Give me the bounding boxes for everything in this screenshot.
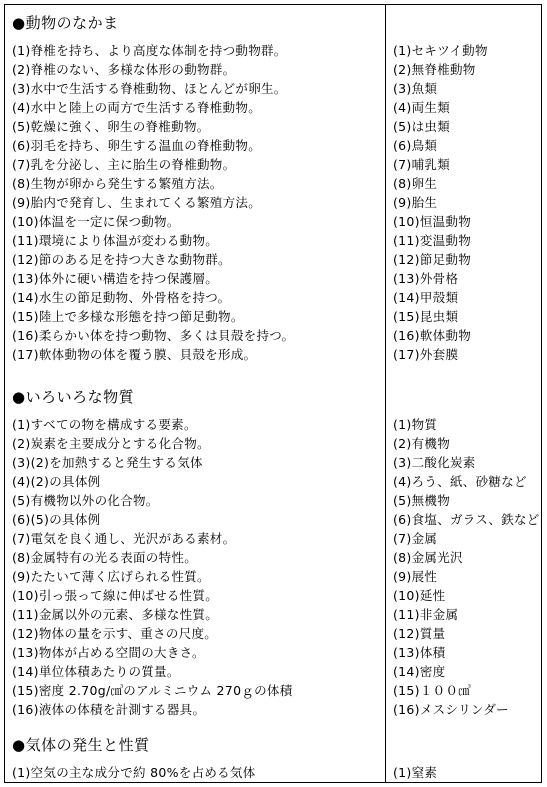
answer-cell: (12)節足動物 xyxy=(385,250,541,269)
answer-cell: (17)外套膜 xyxy=(385,345,541,364)
answer-cell: (13)体積 xyxy=(385,643,541,662)
question-cell: (16)柔らかい体を持つ動物、多くは貝殻を持つ。 xyxy=(5,326,385,345)
question-cell: (10)引っ張って線に伸ばせる性質。 xyxy=(5,586,385,605)
question-cell: (11)環境により体温が変わる動物。 xyxy=(5,231,385,250)
question-cell: (15)密度 2.70g/㎤のアルミニウム 270ｇの体積 xyxy=(5,681,385,700)
question-cell: (7)電気を良く通し、光沢がある素材。 xyxy=(5,529,385,548)
question-cell: (11)金属以外の元素、多様な性質。 xyxy=(5,605,385,624)
question-cell: (3)(2)を加熱すると発生する気体 xyxy=(5,453,385,472)
answer-cell: (8)卵生 xyxy=(385,174,541,193)
qa-row: (13)物体が占める空間の大きさ。(13)体積 xyxy=(5,643,541,662)
question-cell: (9)胎内で発育し、生まれてくる繁殖方法。 xyxy=(5,193,385,212)
qa-row: (12)節のある足を持つ大きな動物群。(12)節足動物 xyxy=(5,250,541,269)
qa-row: (11)金属以外の元素、多様な性質。(11)非金属 xyxy=(5,605,541,624)
qa-row: (9)たたいて薄く広げられる性質。(9)展性 xyxy=(5,567,541,586)
answer-cell: (15)昆虫類 xyxy=(385,307,541,326)
question-cell: (13)体外に硬い構造を持つ保護層。 xyxy=(5,269,385,288)
answer-cell: (8)金属光沢 xyxy=(385,548,541,567)
answer-cell: (14)密度 xyxy=(385,662,541,681)
section-heading: ●気体の発生と性質 xyxy=(5,735,541,755)
answer-cell: (4)両生類 xyxy=(385,98,541,117)
question-cell: (15)陸上で多様な形態を持つ節足動物。 xyxy=(5,307,385,326)
answer-cell: (3)二酸化炭素 xyxy=(385,453,541,472)
qa-row: (8)金属特有の光る表面の特性。(8)金属光沢 xyxy=(5,548,541,567)
qa-row: (7)乳を分泌し、主に胎生の脊椎動物。(7)哺乳類 xyxy=(5,155,541,174)
answer-cell: (5)は虫類 xyxy=(385,117,541,136)
sections-container: ●動物のなかま(1)脊椎を持ち、より高度な体制を持つ動物群。(1)セキツイ動物(… xyxy=(5,5,541,782)
qa-row: (2)炭素を主要成分とする化合物。(2)有機物 xyxy=(5,434,541,453)
section-heading: ●動物のなかま xyxy=(5,13,541,33)
answer-cell: (10)延性 xyxy=(385,586,541,605)
qa-row: (16)柔らかい体を持つ動物、多くは貝殻を持つ。(16)軟体動物 xyxy=(5,326,541,345)
qa-row: (6)(5)の具体例(6)食塩、ガラス、鉄など xyxy=(5,510,541,529)
answer-cell: (1)物質 xyxy=(385,415,541,434)
answer-cell: (6)鳥類 xyxy=(385,136,541,155)
qa-row: (3)水中で生活する脊椎動物、ほとんどが卵生。(3)魚類 xyxy=(5,79,541,98)
question-cell: (4)水中と陸上の両方で生活する脊椎動物。 xyxy=(5,98,385,117)
question-cell: (4)(2)の具体例 xyxy=(5,472,385,491)
answer-cell: (11)変温動物 xyxy=(385,231,541,250)
answer-cell: (10)恒温動物 xyxy=(385,212,541,231)
question-cell: (13)物体が占める空間の大きさ。 xyxy=(5,643,385,662)
answer-cell: (5)無機物 xyxy=(385,491,541,510)
column-divider xyxy=(385,5,386,782)
question-cell: (3)水中で生活する脊椎動物、ほとんどが卵生。 xyxy=(5,79,385,98)
question-cell: (14)水生の節足動物、外骨格を持つ。 xyxy=(5,288,385,307)
qa-row: (17)軟体動物の体を覆う膜、貝殻を形成。(17)外套膜 xyxy=(5,345,541,364)
section: ●気体の発生と性質(1)空気の主な成分で約 80%を占める気体(1)窒素 xyxy=(5,719,541,782)
answer-cell: (16)軟体動物 xyxy=(385,326,541,345)
qa-row: (5)有機物以外の化合物。(5)無機物 xyxy=(5,491,541,510)
qa-row: (2)脊椎のない、多様な体形の動物群。(2)無脊椎動物 xyxy=(5,60,541,79)
question-cell: (17)軟体動物の体を覆う膜、貝殻を形成。 xyxy=(5,345,385,364)
qa-row: (8)生物が卵から発生する繁殖方法。(8)卵生 xyxy=(5,174,541,193)
question-cell: (2)炭素を主要成分とする化合物。 xyxy=(5,434,385,453)
section: ●いろいろな物質(1)すべての物を構成する要素。(1)物質(2)炭素を主要成分と… xyxy=(5,364,541,719)
question-cell: (6)(5)の具体例 xyxy=(5,510,385,529)
qa-row: (12)物体の量を示す、重さの尺度。(12)質量 xyxy=(5,624,541,643)
answer-cell: (9)胎生 xyxy=(385,193,541,212)
question-cell: (7)乳を分泌し、主に胎生の脊椎動物。 xyxy=(5,155,385,174)
question-cell: (8)生物が卵から発生する繁殖方法。 xyxy=(5,174,385,193)
question-cell: (9)たたいて薄く広げられる性質。 xyxy=(5,567,385,586)
section: ●動物のなかま(1)脊椎を持ち、より高度な体制を持つ動物群。(1)セキツイ動物(… xyxy=(5,5,541,364)
qa-row: (10)体温を一定に保つ動物。(10)恒温動物 xyxy=(5,212,541,231)
answer-cell: (1)窒素 xyxy=(385,763,541,782)
answer-cell: (6)食塩、ガラス、鉄など xyxy=(385,510,541,529)
qa-row: (16)液体の体積を計測する器具。(16)メスシリンダー xyxy=(5,700,541,719)
answer-cell: (15)１００㎤ xyxy=(385,681,541,700)
qa-row: (10)引っ張って線に伸ばせる性質。(10)延性 xyxy=(5,586,541,605)
question-cell: (6)羽毛を持ち、卵生する温血の脊椎動物。 xyxy=(5,136,385,155)
answer-cell: (3)魚類 xyxy=(385,79,541,98)
qa-row: (5)乾燥に強く、卵生の脊椎動物。(5)は虫類 xyxy=(5,117,541,136)
qa-row: (15)陸上で多様な形態を持つ節足動物。(15)昆虫類 xyxy=(5,307,541,326)
qa-row: (6)羽毛を持ち、卵生する温血の脊椎動物。(6)鳥類 xyxy=(5,136,541,155)
qa-row: (4)(2)の具体例(4)ろう、紙、砂糖など xyxy=(5,472,541,491)
qa-row: (11)環境により体温が変わる動物。(11)変温動物 xyxy=(5,231,541,250)
question-cell: (14)単位体積あたりの質量。 xyxy=(5,662,385,681)
qa-row: (3)(2)を加熱すると発生する気体(3)二酸化炭素 xyxy=(5,453,541,472)
answer-cell: (16)メスシリンダー xyxy=(385,700,541,719)
answer-cell: (7)金属 xyxy=(385,529,541,548)
question-cell: (12)節のある足を持つ大きな動物群。 xyxy=(5,250,385,269)
qa-row: (1)空気の主な成分で約 80%を占める気体(1)窒素 xyxy=(5,763,541,782)
qa-row: (14)単位体積あたりの質量。(14)密度 xyxy=(5,662,541,681)
worksheet-table: ●動物のなかま(1)脊椎を持ち、より高度な体制を持つ動物群。(1)セキツイ動物(… xyxy=(4,4,542,783)
question-cell: (5)有機物以外の化合物。 xyxy=(5,491,385,510)
question-cell: (10)体温を一定に保つ動物。 xyxy=(5,212,385,231)
answer-cell: (7)哺乳類 xyxy=(385,155,541,174)
qa-row: (4)水中と陸上の両方で生活する脊椎動物。(4)両生類 xyxy=(5,98,541,117)
answer-cell: (9)展性 xyxy=(385,567,541,586)
section-heading: ●いろいろな物質 xyxy=(5,387,541,407)
answer-cell: (2)無脊椎動物 xyxy=(385,60,541,79)
qa-row: (14)水生の節足動物、外骨格を持つ。(14)甲殻類 xyxy=(5,288,541,307)
answer-cell: (13)外骨格 xyxy=(385,269,541,288)
qa-row: (15)密度 2.70g/㎤のアルミニウム 270ｇの体積(15)１００㎤ xyxy=(5,681,541,700)
qa-row: (1)脊椎を持ち、より高度な体制を持つ動物群。(1)セキツイ動物 xyxy=(5,41,541,60)
question-cell: (1)空気の主な成分で約 80%を占める気体 xyxy=(5,763,385,782)
question-cell: (12)物体の量を示す、重さの尺度。 xyxy=(5,624,385,643)
qa-row: (7)電気を良く通し、光沢がある素材。(7)金属 xyxy=(5,529,541,548)
qa-row: (13)体外に硬い構造を持つ保護層。(13)外骨格 xyxy=(5,269,541,288)
answer-cell: (12)質量 xyxy=(385,624,541,643)
question-cell: (1)脊椎を持ち、より高度な体制を持つ動物群。 xyxy=(5,41,385,60)
answer-cell: (14)甲殻類 xyxy=(385,288,541,307)
answer-cell: (11)非金属 xyxy=(385,605,541,624)
question-cell: (2)脊椎のない、多様な体形の動物群。 xyxy=(5,60,385,79)
answer-cell: (4)ろう、紙、砂糖など xyxy=(385,472,541,491)
question-cell: (8)金属特有の光る表面の特性。 xyxy=(5,548,385,567)
answer-cell: (2)有機物 xyxy=(385,434,541,453)
qa-row: (1)すべての物を構成する要素。(1)物質 xyxy=(5,415,541,434)
question-cell: (5)乾燥に強く、卵生の脊椎動物。 xyxy=(5,117,385,136)
question-cell: (16)液体の体積を計測する器具。 xyxy=(5,700,385,719)
answer-cell: (1)セキツイ動物 xyxy=(385,41,541,60)
question-cell: (1)すべての物を構成する要素。 xyxy=(5,415,385,434)
qa-row: (9)胎内で発育し、生まれてくる繁殖方法。(9)胎生 xyxy=(5,193,541,212)
